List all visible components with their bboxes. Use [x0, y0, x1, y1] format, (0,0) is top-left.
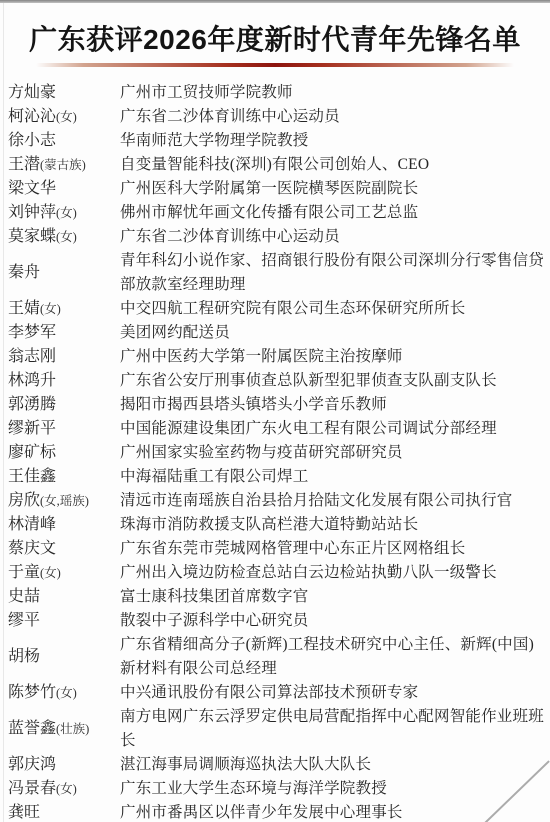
name-text: 郭庆鸿: [8, 756, 56, 773]
name-annotation: (女): [40, 302, 61, 316]
title-divider: [36, 63, 514, 67]
person-name: 龚旺: [8, 801, 120, 822]
list-item: 翁志刚 广州中医药大学第一附属医院主治按摩师: [8, 345, 546, 369]
person-title: 广州医科大学附属第一医院横琴医院副院长: [120, 177, 546, 201]
list-item: 徐小志 华南师范大学物理学院教授: [8, 129, 546, 153]
person-title: 广州出入境边防检查总站白云边检站执勤八队一级警长: [120, 561, 546, 585]
list-item: 柯沁沁(女) 广东省二沙体育训练中心运动员: [8, 105, 546, 129]
name-annotation: (蒙古族): [40, 158, 86, 172]
list-item: 廖矿标 广州国家实验室药物与疫苗研究部研究员: [8, 441, 546, 465]
top-edge-line: [0, 0, 550, 3]
person-title: 清远市连南瑶族自治县拾月拾陆文化发展有限公司执行官: [120, 489, 546, 513]
list-item: 林鸿升 广东省公安厅刑事侦查总队新型犯罪侦查支队副支队长: [8, 369, 546, 393]
list-item: 王婧(女) 中交四航工程研究院有限公司生态环保研究所所长: [8, 297, 546, 321]
person-name: 陈梦竹(女): [8, 681, 120, 705]
list-item: 于童(女) 广州出入境边防检查总站白云边检站执勤八队一级警长: [8, 561, 546, 585]
person-name: 梁文华: [8, 177, 120, 201]
list-item: 莫家蝶(女) 广东省二沙体育训练中心运动员: [8, 225, 546, 249]
list-item: 梁文华 广州医科大学附属第一医院横琴医院副院长: [8, 177, 546, 201]
person-title: 广东省东莞市莞城网格管理中心东正片区网格组长: [120, 537, 546, 561]
name-text: 缪新平: [8, 420, 56, 437]
name-annotation: (壮族): [56, 722, 89, 736]
person-title: 散裂中子源科学中心研究员: [120, 609, 546, 633]
list-item: 郭湧腾 揭阳市揭西县塔头镇塔头小学音乐教师: [8, 393, 546, 417]
list-item: 房欣(女,瑶族) 清远市连南瑶族自治县拾月拾陆文化发展有限公司执行官: [8, 489, 546, 513]
person-title: 珠海市消防救援支队高栏港大道特勤站站长: [120, 513, 546, 537]
name-text: 林清峰: [8, 516, 56, 533]
document-page: 广东获评2026年度新时代青年先锋名单 方灿豪 广州市工贸技师学院教师 柯沁沁(…: [0, 24, 550, 822]
person-title: 广东省公安厅刑事侦查总队新型犯罪侦查支队副支队长: [120, 369, 546, 393]
list-item: 龚旺 广州市番禺区以伴青少年发展中心理事长: [8, 801, 546, 822]
name-annotation: (女): [56, 686, 77, 700]
person-title: 湛江海事局调顺海巡执法大队大队长: [120, 753, 546, 777]
person-name: 方灿豪: [8, 81, 120, 105]
person-name: 林鸿升: [8, 369, 120, 393]
person-title: 广州国家实验室药物与疫苗研究部研究员: [120, 441, 546, 465]
name-text: 徐小志: [8, 132, 56, 149]
list-item: 李梦军 美团网约配送员: [8, 321, 546, 345]
name-text: 李梦军: [8, 324, 56, 341]
name-text: 陈梦竹: [8, 684, 56, 701]
list-item: 刘钟萍(女) 佛州市解忧年画文化传播有限公司工艺总监: [8, 201, 546, 225]
person-name: 蓝誉鑫(壮族): [8, 717, 120, 741]
left-edge-line: [3, 3, 4, 822]
name-annotation: (女): [56, 110, 77, 124]
name-text: 方灿豪: [8, 84, 56, 101]
person-title: 广州中医药大学第一附属医院主治按摩师: [120, 345, 546, 369]
name-text: 缪平: [8, 612, 40, 629]
pioneer-list: 方灿豪 广州市工贸技师学院教师 柯沁沁(女) 广东省二沙体育训练中心运动员 徐小…: [8, 81, 546, 822]
person-name: 柯沁沁(女): [8, 105, 120, 129]
name-text: 史喆: [8, 588, 40, 605]
name-text: 林鸿升: [8, 372, 56, 389]
person-name: 蔡庆文: [8, 537, 120, 561]
person-title: 美团网约配送员: [120, 321, 546, 345]
name-annotation: (女,瑶族): [40, 494, 89, 508]
list-item: 缪新平 中国能源建设集团广东火电工程有限公司调试分部经理: [8, 417, 546, 441]
person-name: 缪新平: [8, 417, 120, 441]
person-title: 华南师范大学物理学院教授: [120, 129, 546, 153]
list-item: 冯景春(女) 广东工业大学生态环境与海洋学院教授: [8, 777, 546, 801]
person-name: 林清峰: [8, 513, 120, 537]
person-name: 郭庆鸿: [8, 753, 120, 777]
person-name: 王潜(蒙古族): [8, 153, 120, 177]
person-name: 刘钟萍(女): [8, 201, 120, 225]
person-name: 缪平: [8, 609, 120, 633]
person-title: 中国能源建设集团广东火电工程有限公司调试分部经理: [120, 417, 546, 441]
person-title: 广州市番禺区以伴青少年发展中心理事长: [120, 801, 546, 822]
person-name: 冯景春(女): [8, 777, 120, 801]
person-name: 王婧(女): [8, 297, 120, 321]
person-name: 莫家蝶(女): [8, 225, 120, 249]
person-name: 廖矿标: [8, 441, 120, 465]
person-title: 广东省二沙体育训练中心运动员: [120, 225, 546, 249]
name-text: 刘钟萍: [8, 204, 56, 221]
list-item: 林清峰 珠海市消防救援支队高栏港大道特勤站站长: [8, 513, 546, 537]
person-name: 胡杨: [8, 645, 120, 669]
page-title: 广东获评2026年度新时代青年先锋名单: [6, 24, 544, 56]
name-text: 龚旺: [8, 804, 40, 821]
name-text: 于童: [8, 564, 40, 581]
name-text: 王佳鑫: [8, 468, 56, 485]
name-text: 秦舟: [8, 264, 40, 281]
list-item: 史喆 富士康科技集团首席数字官: [8, 585, 546, 609]
name-text: 莫家蝶: [8, 228, 56, 245]
person-title: 南方电网广东云浮罗定供电局营配指挥中心配网智能作业班班长: [120, 705, 546, 753]
person-title: 中交四航工程研究院有限公司生态环保研究所所长: [120, 297, 546, 321]
person-title: 佛州市解忧年画文化传播有限公司工艺总监: [120, 201, 546, 225]
person-name: 翁志刚: [8, 345, 120, 369]
person-name: 郭湧腾: [8, 393, 120, 417]
person-title: 中海福陆重工有限公司焊工: [120, 465, 546, 489]
name-text: 房欣: [8, 492, 40, 509]
person-title: 富士康科技集团首席数字官: [120, 585, 546, 609]
name-text: 柯沁沁: [8, 108, 56, 125]
name-text: 翁志刚: [8, 348, 56, 365]
person-title: 广东省精细高分子(新辉)工程技术研究中心主任、新辉(中国)新材料有限公司总经理: [120, 633, 546, 681]
name-annotation: (女): [40, 566, 61, 580]
person-name: 史喆: [8, 585, 120, 609]
list-item: 王潜(蒙古族) 自变量智能科技(深圳)有限公司创始人、CEO: [8, 153, 546, 177]
person-name: 李梦军: [8, 321, 120, 345]
list-item: 郭庆鸿 湛江海事局调顺海巡执法大队大队长: [8, 753, 546, 777]
person-title: 中兴通讯股份有限公司算法部技术预研专家: [120, 681, 546, 705]
person-name: 于童(女): [8, 561, 120, 585]
name-text: 胡杨: [8, 648, 40, 665]
name-text: 王潜: [8, 156, 40, 173]
person-title: 广东省二沙体育训练中心运动员: [120, 105, 546, 129]
name-annotation: (女): [56, 782, 77, 796]
person-name: 房欣(女,瑶族): [8, 489, 120, 513]
person-name: 秦舟: [8, 261, 120, 285]
person-name: 徐小志: [8, 129, 120, 153]
list-item: 胡杨 广东省精细高分子(新辉)工程技术研究中心主任、新辉(中国)新材料有限公司总…: [8, 633, 546, 681]
name-text: 蔡庆文: [8, 540, 56, 557]
person-title: 广东工业大学生态环境与海洋学院教授: [120, 777, 546, 801]
list-item: 陈梦竹(女) 中兴通讯股份有限公司算法部技术预研专家: [8, 681, 546, 705]
person-name: 王佳鑫: [8, 465, 120, 489]
person-title: 揭阳市揭西县塔头镇塔头小学音乐教师: [120, 393, 546, 417]
name-text: 冯景春: [8, 780, 56, 797]
name-annotation: (女): [56, 206, 77, 220]
person-title: 广州市工贸技师学院教师: [120, 81, 546, 105]
list-item: 缪平 散裂中子源科学中心研究员: [8, 609, 546, 633]
name-annotation: (女): [56, 230, 77, 244]
list-item: 王佳鑫 中海福陆重工有限公司焊工: [8, 465, 546, 489]
name-text: 郭湧腾: [8, 396, 56, 413]
list-item: 蔡庆文 广东省东莞市莞城网格管理中心东正片区网格组长: [8, 537, 546, 561]
name-text: 王婧: [8, 300, 40, 317]
name-text: 蓝誉鑫: [8, 720, 56, 737]
list-item: 方灿豪 广州市工贸技师学院教师: [8, 81, 546, 105]
person-title: 青年科幻小说作家、招商银行股份有限公司深圳分行零售信贷部放款室经理助理: [120, 249, 546, 297]
list-item: 蓝誉鑫(壮族) 南方电网广东云浮罗定供电局营配指挥中心配网智能作业班班长: [8, 705, 546, 753]
name-text: 廖矿标: [8, 444, 56, 461]
list-item: 秦舟 青年科幻小说作家、招商银行股份有限公司深圳分行零售信贷部放款室经理助理: [8, 249, 546, 297]
name-text: 梁文华: [8, 180, 56, 197]
person-title: 自变量智能科技(深圳)有限公司创始人、CEO: [120, 153, 546, 177]
